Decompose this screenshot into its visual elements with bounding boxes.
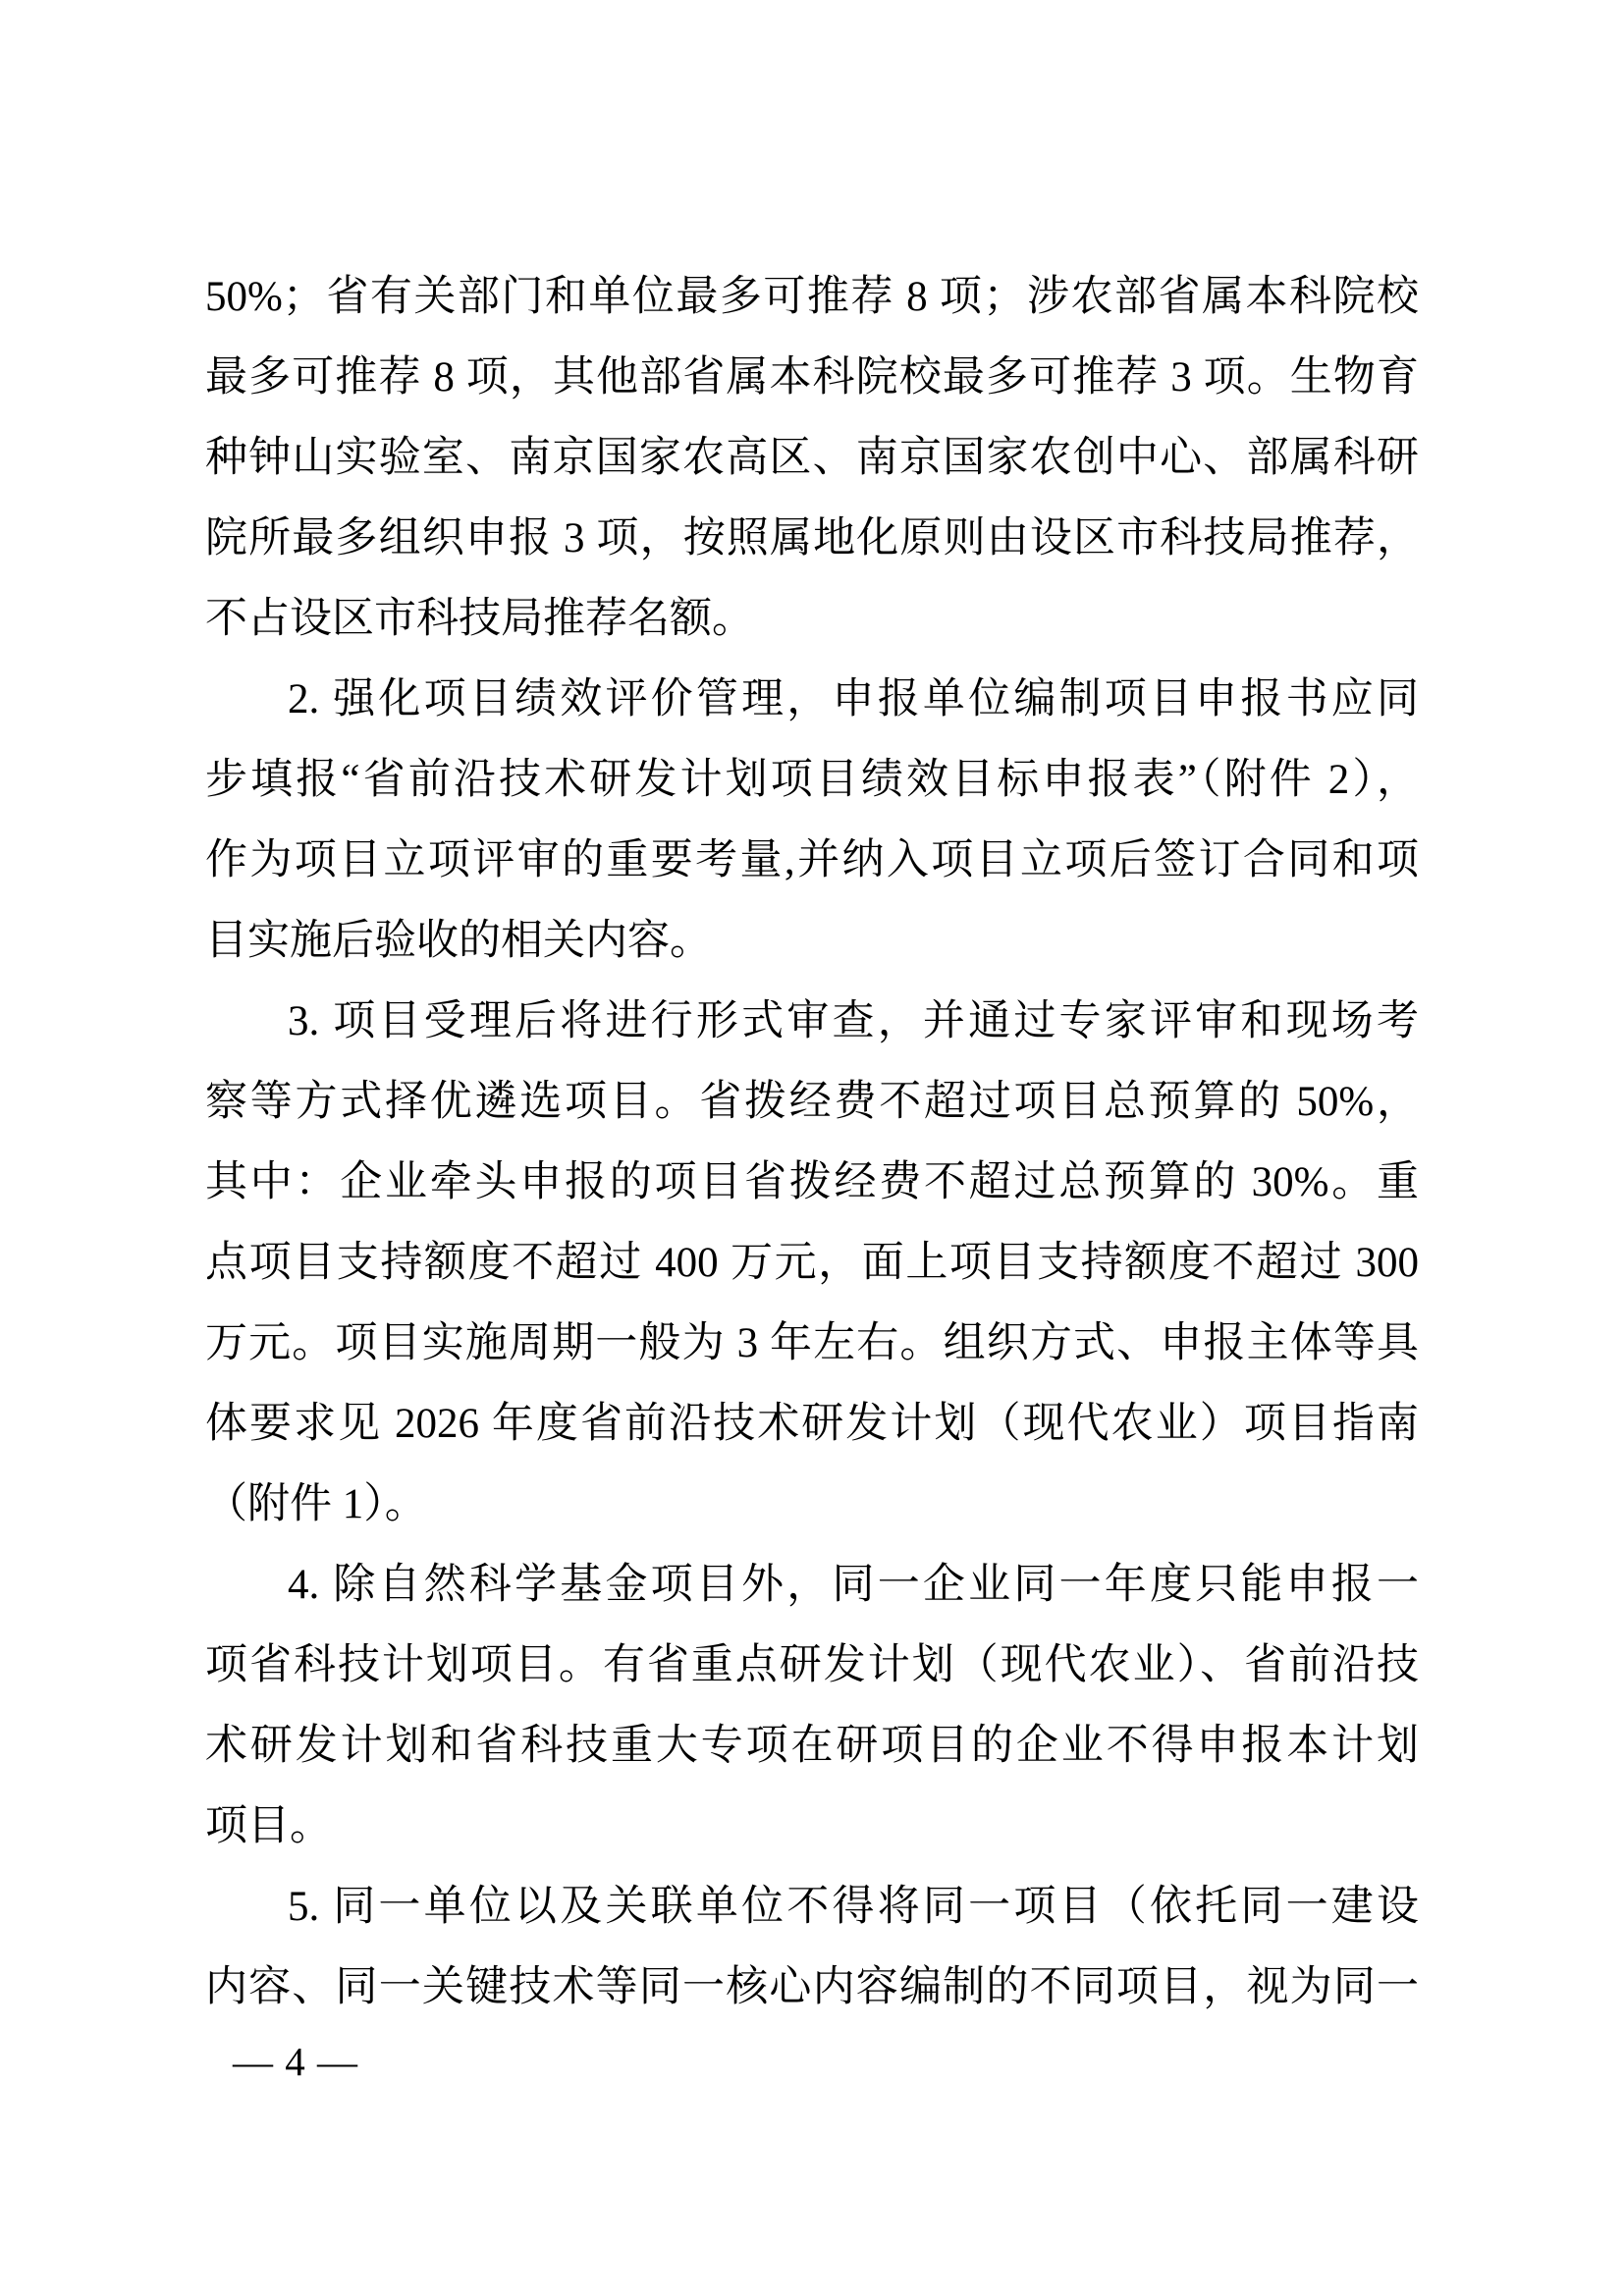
text-line: 5. 同一单位以及关联单位不得将同一项目（依托同一建设 [205,1867,1419,1948]
page-footer: — 4 — [233,2040,358,2083]
text-line: 其中：企业牵头申报的项目省拨经费不超过总预算的 30%。重 [205,1143,1419,1223]
page-number: — 4 — [233,2039,358,2084]
text-line: 项目。 [205,1787,1419,1867]
document-page: 50%；省有关部门和单位最多可推荐 8 项；涉农部省属本科院校最多可推荐 8 项… [0,0,1624,2296]
text-line: 体要求见 2026 年度省前沿技术研发计划（现代农业）项目指南 [205,1384,1419,1465]
text-line: 察等方式择优遴选项目。省拨经费不超过项目总预算的 50%， [205,1062,1419,1143]
document-body: 50%；省有关部门和单位最多可推荐 8 项；涉农部省属本科院校最多可推荐 8 项… [205,257,1419,2028]
text-line: 步填报“省前沿技术研发计划项目绩效目标申报表”（附件 2）， [205,740,1419,821]
text-line: 50%；省有关部门和单位最多可推荐 8 项；涉农部省属本科院校 [205,257,1419,338]
text-line: 目实施后验收的相关内容。 [205,901,1419,982]
text-line: 术研发计划和省科技重大专项在研项目的企业不得申报本计划 [205,1706,1419,1787]
text-line: 不占设区市科技局推荐名额。 [205,579,1419,660]
text-line: （附件 1）。 [205,1465,1419,1545]
text-line: 内容、同一关键技术等同一核心内容编制的不同项目，视为同一 [205,1948,1419,2028]
text-line: 项省科技计划项目。有省重点研发计划（现代农业）、省前沿技 [205,1626,1419,1706]
text-line: 万元。项目实施周期一般为 3 年左右。组织方式、申报主体等具 [205,1304,1419,1384]
text-line: 种钟山实验室、南京国家农高区、南京国家农创中心、部属科研 [205,418,1419,499]
text-line: 3. 项目受理后将进行形式审查，并通过专家评审和现场考 [205,982,1419,1062]
text-line: 作为项目立项评审的重要考量,并纳入项目立项后签订合同和项 [205,821,1419,901]
text-line: 最多可推荐 8 项，其他部省属本科院校最多可推荐 3 项。生物育 [205,338,1419,418]
text-line: 4. 除自然科学基金项目外，同一企业同一年度只能申报一 [205,1545,1419,1626]
text-line: 2. 强化项目绩效评价管理，申报单位编制项目申报书应同 [205,660,1419,740]
text-line: 院所最多组织申报 3 项，按照属地化原则由设区市科技局推荐， [205,499,1419,579]
text-line: 点项目支持额度不超过 400 万元，面上项目支持额度不超过 300 [205,1223,1419,1304]
